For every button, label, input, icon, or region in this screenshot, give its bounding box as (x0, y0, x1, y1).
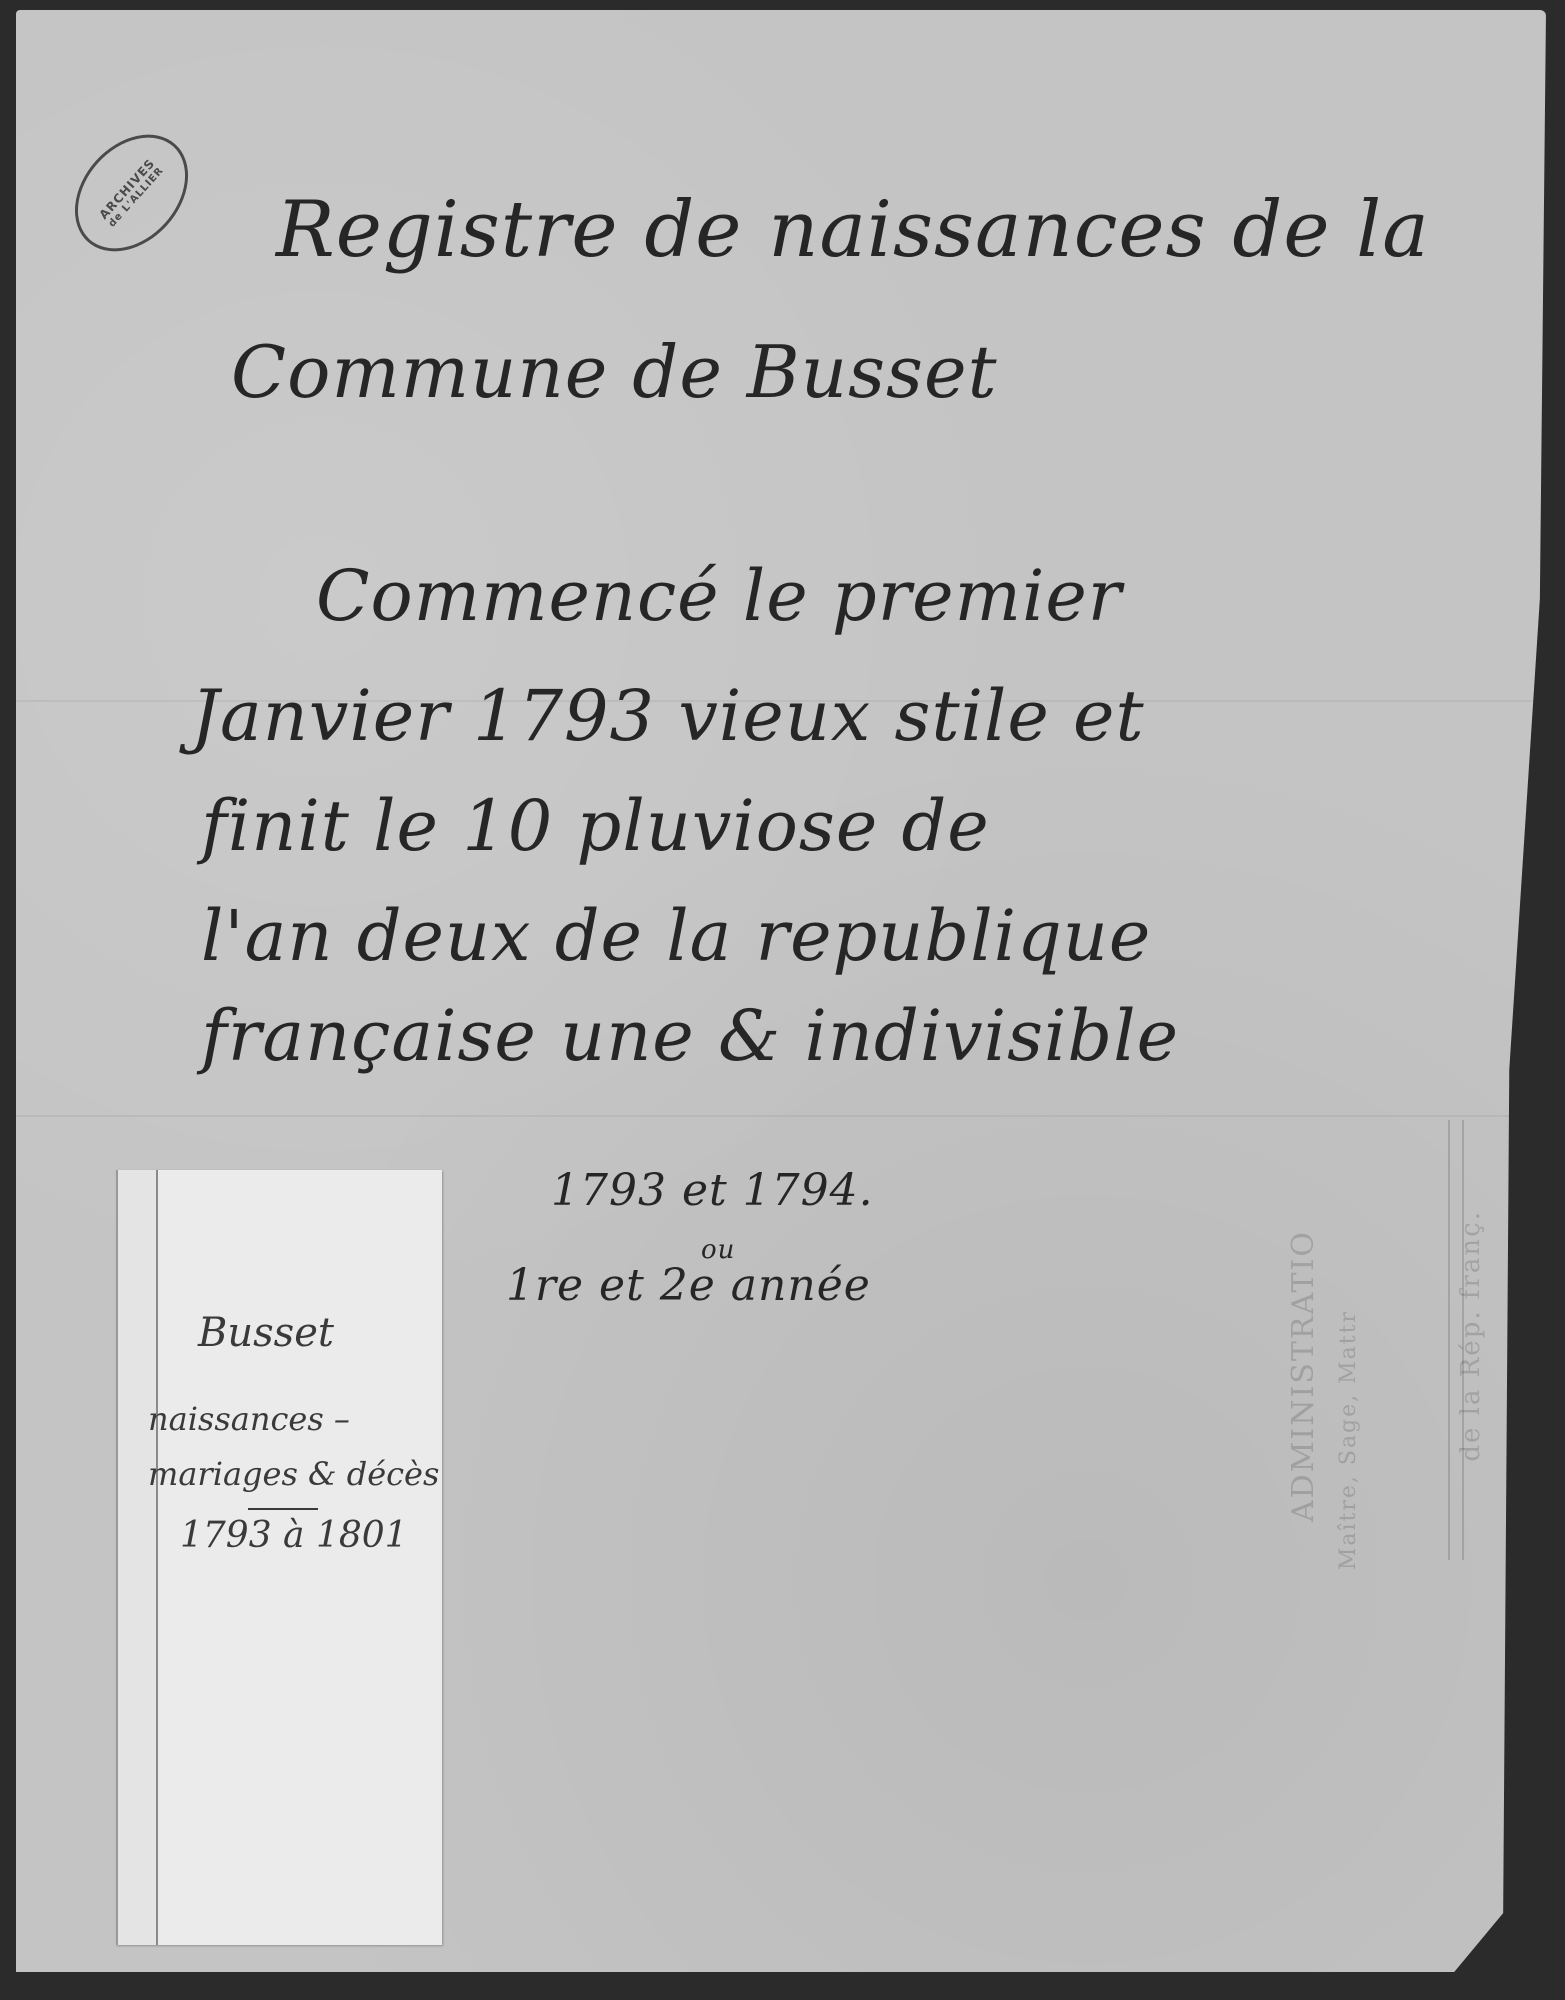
body-line-4: l'an deux de la republique (201, 895, 1151, 977)
body-line-5: française une & indivisible (201, 995, 1179, 1077)
fold-line (16, 1115, 1546, 1117)
label-divider (248, 1508, 318, 1510)
label-line-3: mariages & décès (148, 1455, 439, 1493)
year-range: 1793 et 1794. (551, 1165, 874, 1216)
bleed-through-text: Maître, Sage, Mattr (1336, 1310, 1361, 1570)
body-line-3: finit le 10 pluviose de (201, 785, 990, 867)
body-line-2: Janvier 1793 vieux stile et (191, 675, 1145, 757)
bleed-through-text: de la Rép. franç. (1456, 1210, 1486, 1462)
body-line-1: Commencé le premier (316, 555, 1122, 637)
title-line-1: Registre de naissances de la (276, 185, 1430, 275)
republican-years: 1re et 2e année (506, 1260, 871, 1311)
title-line-2: Commune de Busset (231, 330, 998, 414)
label-tape (118, 1170, 158, 1945)
archives-stamp-icon: ARCHIVES de L'ALLIER (52, 112, 211, 274)
label-line-2: naissances – (148, 1400, 350, 1438)
document-page: ARCHIVES de L'ALLIER Registre de naissan… (16, 10, 1546, 1972)
bleed-through-text: ADMINISTRATIO (1286, 1230, 1321, 1522)
label-dates: 1793 à 1801 (180, 1515, 408, 1556)
label-commune: Busset (198, 1310, 334, 1356)
bleed-rule (1448, 1120, 1450, 1560)
archive-label: Busset naissances – mariages & décès 179… (116, 1170, 442, 1945)
